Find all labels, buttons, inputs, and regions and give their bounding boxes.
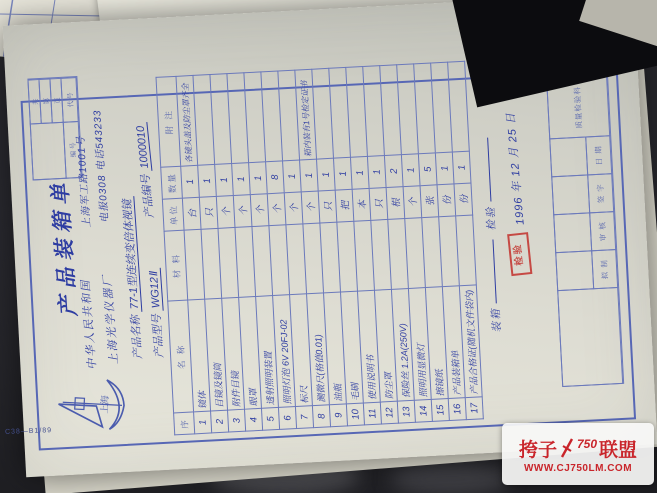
title-block-cell bbox=[557, 287, 623, 387]
table-cell: 个 bbox=[233, 195, 252, 228]
table-cell: 4 bbox=[245, 408, 263, 431]
corner-box-label-cell: 代 号 bbox=[60, 77, 78, 123]
product-name-label: 产品名称 bbox=[130, 315, 145, 360]
table-cell: 2 bbox=[211, 410, 229, 433]
table-cell: 10 bbox=[346, 403, 364, 426]
table-cell: 台 bbox=[182, 197, 201, 230]
inspector-signature-line bbox=[487, 138, 491, 202]
watermark-brand: 挎子 750 联盟 bbox=[519, 435, 637, 462]
table-cell: 个 bbox=[301, 191, 320, 224]
watermark-brand-left: 挎子 bbox=[519, 435, 557, 462]
table-cell: 把 bbox=[335, 189, 354, 222]
table-cell bbox=[456, 215, 477, 286]
watermark-brand-right: 联盟 bbox=[599, 435, 637, 462]
packer-label: 装箱 bbox=[490, 307, 503, 333]
table-cell: 17 bbox=[465, 397, 483, 420]
watermark-badge: 挎子 750 联盟 WWW.CJ750LM.COM bbox=[502, 423, 654, 485]
table-cell: 本 bbox=[352, 188, 371, 221]
table-cell: 根 bbox=[386, 187, 405, 220]
table-cell: 张 bbox=[420, 185, 439, 218]
table-cell: 个 bbox=[284, 192, 303, 225]
table-cell: 只 bbox=[369, 187, 388, 220]
table-cell: 1 bbox=[317, 158, 336, 191]
table-cell: 6 bbox=[278, 407, 296, 430]
table-cell: 1 bbox=[350, 156, 369, 189]
table-cell: 3 bbox=[228, 409, 246, 432]
title-block-cell bbox=[551, 174, 590, 215]
photo-of-packing-list: 共第页编 号代 号 上海 中华人民共和国 上海光学仪器厂 产品装箱单 上海军工路… bbox=[0, 0, 657, 493]
table-cell: 1 bbox=[198, 164, 217, 197]
table-cell: 13 bbox=[397, 400, 415, 423]
table-cell: 1 bbox=[283, 160, 302, 193]
shanghai-brand-logo: 上海 bbox=[53, 371, 148, 438]
table-cell: 11 bbox=[363, 402, 381, 425]
table-cell: 9 bbox=[329, 404, 347, 427]
table-cell: 个 bbox=[216, 196, 235, 229]
table-cell: 只 bbox=[318, 190, 337, 223]
table-cell bbox=[448, 61, 470, 152]
table-cell: 8 bbox=[312, 405, 330, 428]
table-cell: 个 bbox=[250, 194, 269, 227]
table-cell: 1 bbox=[401, 154, 420, 187]
table-cell: 7 bbox=[295, 406, 313, 429]
inspector-label: 检验 bbox=[485, 205, 498, 231]
table-cell: 个 bbox=[403, 186, 422, 219]
title-block-cell bbox=[555, 250, 594, 291]
product-model-label: 产品型号 bbox=[151, 314, 166, 359]
packing-table: 序名 称材 料单位数量附 注 1镜体台1各镜头盖及防尘罩齐全2目镜及镜筒只13附… bbox=[155, 61, 483, 436]
table-cell: 14 bbox=[414, 399, 432, 422]
column-header: 数量 bbox=[161, 166, 183, 199]
table-cell: 1 bbox=[249, 162, 268, 195]
table-cell: 16 bbox=[448, 398, 466, 421]
title-block-label: 拟 制 bbox=[591, 249, 618, 289]
column-header: 单位 bbox=[162, 198, 184, 231]
inspection-stamp: 检验 bbox=[507, 232, 532, 276]
title-block-cell bbox=[553, 212, 592, 253]
table-cell: 1 bbox=[333, 157, 352, 190]
table-cell: 份 bbox=[437, 184, 456, 217]
watermark-url: WWW.CJ750LM.COM bbox=[524, 463, 632, 474]
table-cell: 1 bbox=[435, 152, 454, 185]
title-block-cell bbox=[549, 136, 588, 177]
table-cell: 1 bbox=[232, 163, 251, 196]
corner-box-cell bbox=[30, 122, 67, 181]
table-cell: 个 bbox=[267, 193, 286, 226]
table-cell: 15 bbox=[431, 399, 449, 422]
table-cell: 1 bbox=[367, 156, 386, 189]
background-blur bbox=[390, 462, 510, 493]
watermark-number: 750 bbox=[577, 437, 597, 451]
table-cell: 2 bbox=[384, 155, 403, 188]
table-cell: 8 bbox=[266, 161, 285, 194]
packer-signature-line bbox=[492, 239, 496, 303]
table-cell: 1 bbox=[215, 164, 234, 197]
title-block-label: 日 期 bbox=[585, 135, 612, 175]
table-cell: 5 bbox=[261, 407, 279, 430]
table-cell: 12 bbox=[380, 401, 398, 424]
table-cell: 5 bbox=[418, 153, 437, 186]
table-cell: 只 bbox=[199, 196, 218, 229]
table-cell: 1 bbox=[300, 159, 319, 192]
packing-table-body: 1镜体台1各镜头盖及防尘罩齐全2目镜及镜筒只13附件目镜个14眼罩个15透射照明… bbox=[176, 61, 483, 434]
column-header: 序 bbox=[174, 412, 195, 435]
title-block-label: 签 字 bbox=[587, 173, 614, 213]
logo-text: 上海 bbox=[98, 395, 110, 414]
table-cell: 份 bbox=[454, 183, 473, 216]
table-cell: 1 bbox=[181, 165, 200, 198]
rider-icon bbox=[559, 438, 575, 458]
table-cell: 1 bbox=[452, 151, 471, 184]
table-cell: 1 bbox=[194, 411, 212, 434]
title-block-label: 审 核 bbox=[589, 211, 616, 251]
